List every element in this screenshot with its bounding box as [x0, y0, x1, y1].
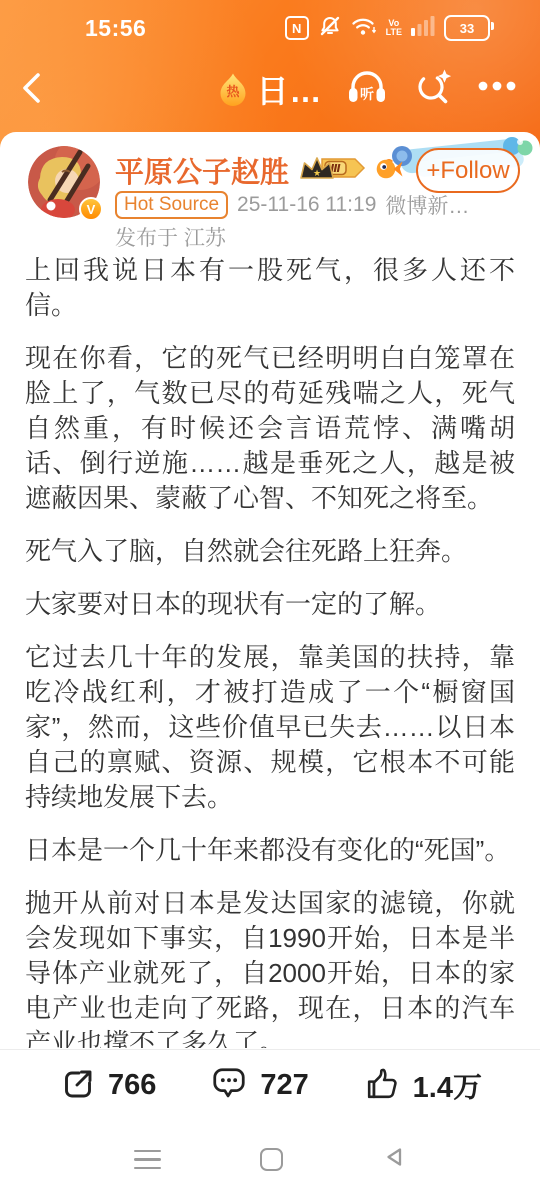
like-button[interactable]: 1.4万	[363, 1065, 482, 1106]
home-button[interactable]	[260, 1148, 283, 1171]
hot-source-badge: Hot Source	[115, 191, 228, 219]
share-icon	[60, 1066, 96, 1105]
svg-text:★: ★	[313, 168, 321, 178]
refresh-search-button[interactable]	[412, 65, 454, 112]
clock: 15:56	[85, 15, 146, 42]
post-location: 发布于 江苏	[115, 222, 226, 252]
more-button[interactable]	[476, 65, 518, 112]
comment-button[interactable]: 727	[210, 1065, 308, 1106]
mute-icon	[318, 14, 342, 43]
nav-actions: 听	[344, 66, 518, 110]
comment-icon	[210, 1065, 248, 1106]
author-row: 平原公子赵胜 Ⅲ ★	[115, 150, 404, 191]
verified-badge: V	[79, 197, 103, 221]
weibo-post-screen: 15:56 N Vo LTE 33	[0, 0, 540, 1199]
post-paragraph: 大家要对日本的现状有一定的了解。	[25, 587, 515, 622]
post-card: V 平原公子赵胜 Ⅲ ★	[0, 132, 540, 1048]
thumbs-up-icon	[363, 1065, 401, 1106]
post-paragraph: 它过去几十年的发展，靠美国的扶持，靠吃冷战红利，才被打造成了一个“橱窗国家”，然…	[25, 640, 515, 815]
post-paragraph: 抛开从前对日本是发达国家的滤镜，你就会发现如下事实，自1990开始，日本是半导体…	[25, 886, 515, 1048]
volte-icon: Vo LTE	[386, 19, 402, 37]
page-title: 热 日…	[217, 66, 322, 112]
post-timestamp: 25-11-16 11:19	[237, 193, 376, 217]
share-count: 766	[108, 1069, 156, 1102]
post-paragraph: 日本是一个几十年来都没有变化的“死国”。	[25, 833, 515, 868]
crown-level-badge: Ⅲ ★	[296, 153, 368, 188]
status-icons: N Vo LTE 33	[285, 14, 490, 42]
avatar[interactable]: V	[28, 146, 100, 218]
back-button[interactable]	[16, 70, 52, 106]
page-title-text: 日…	[256, 66, 322, 112]
system-nav-bar	[0, 1120, 540, 1199]
post-source-app: 微博新…	[385, 190, 469, 220]
header-background: 15:56 N Vo LTE 33	[0, 0, 540, 150]
fish-icon	[375, 155, 404, 187]
action-bar: 766 727 1.4万	[0, 1049, 540, 1120]
nfc-icon: N	[285, 16, 309, 40]
back-nav-button[interactable]	[382, 1145, 406, 1174]
post-header: V 平原公子赵胜 Ⅲ ★	[0, 132, 540, 250]
post-paragraph: 上回我说日本有一股死气，很多人还不信。	[25, 253, 515, 323]
post-paragraph: 死气入了脑，自然就会往死路上狂奔。	[25, 534, 515, 569]
follow-button[interactable]: +Follow	[416, 148, 520, 193]
nav-bar: 热 日… 听	[0, 56, 540, 122]
recents-button[interactable]	[134, 1150, 161, 1170]
post-meta: Hot Source 25-11-16 11:19 微博新…	[115, 190, 469, 220]
wifi-icon	[351, 15, 377, 42]
hot-flame-icon: 热	[217, 72, 248, 107]
share-button[interactable]: 766	[60, 1066, 156, 1105]
battery-icon: 33	[444, 15, 490, 41]
signal-icon	[411, 15, 435, 41]
svg-text:听: 听	[360, 86, 374, 102]
post-paragraph: 现在你看，它的死气已经明明白白笼罩在脸上了，气数已尽的苟延残喘之人，死气自然重，…	[25, 341, 515, 516]
post-body: 上回我说日本有一股死气，很多人还不信。现在你看，它的死气已经明明白白笼罩在脸上了…	[25, 253, 515, 1048]
like-count: 1.4万	[413, 1065, 482, 1106]
listen-button[interactable]: 听	[344, 65, 390, 112]
comment-count: 727	[260, 1069, 308, 1102]
status-bar: 15:56 N Vo LTE 33	[0, 12, 540, 44]
author-name[interactable]: 平原公子赵胜	[115, 150, 289, 191]
